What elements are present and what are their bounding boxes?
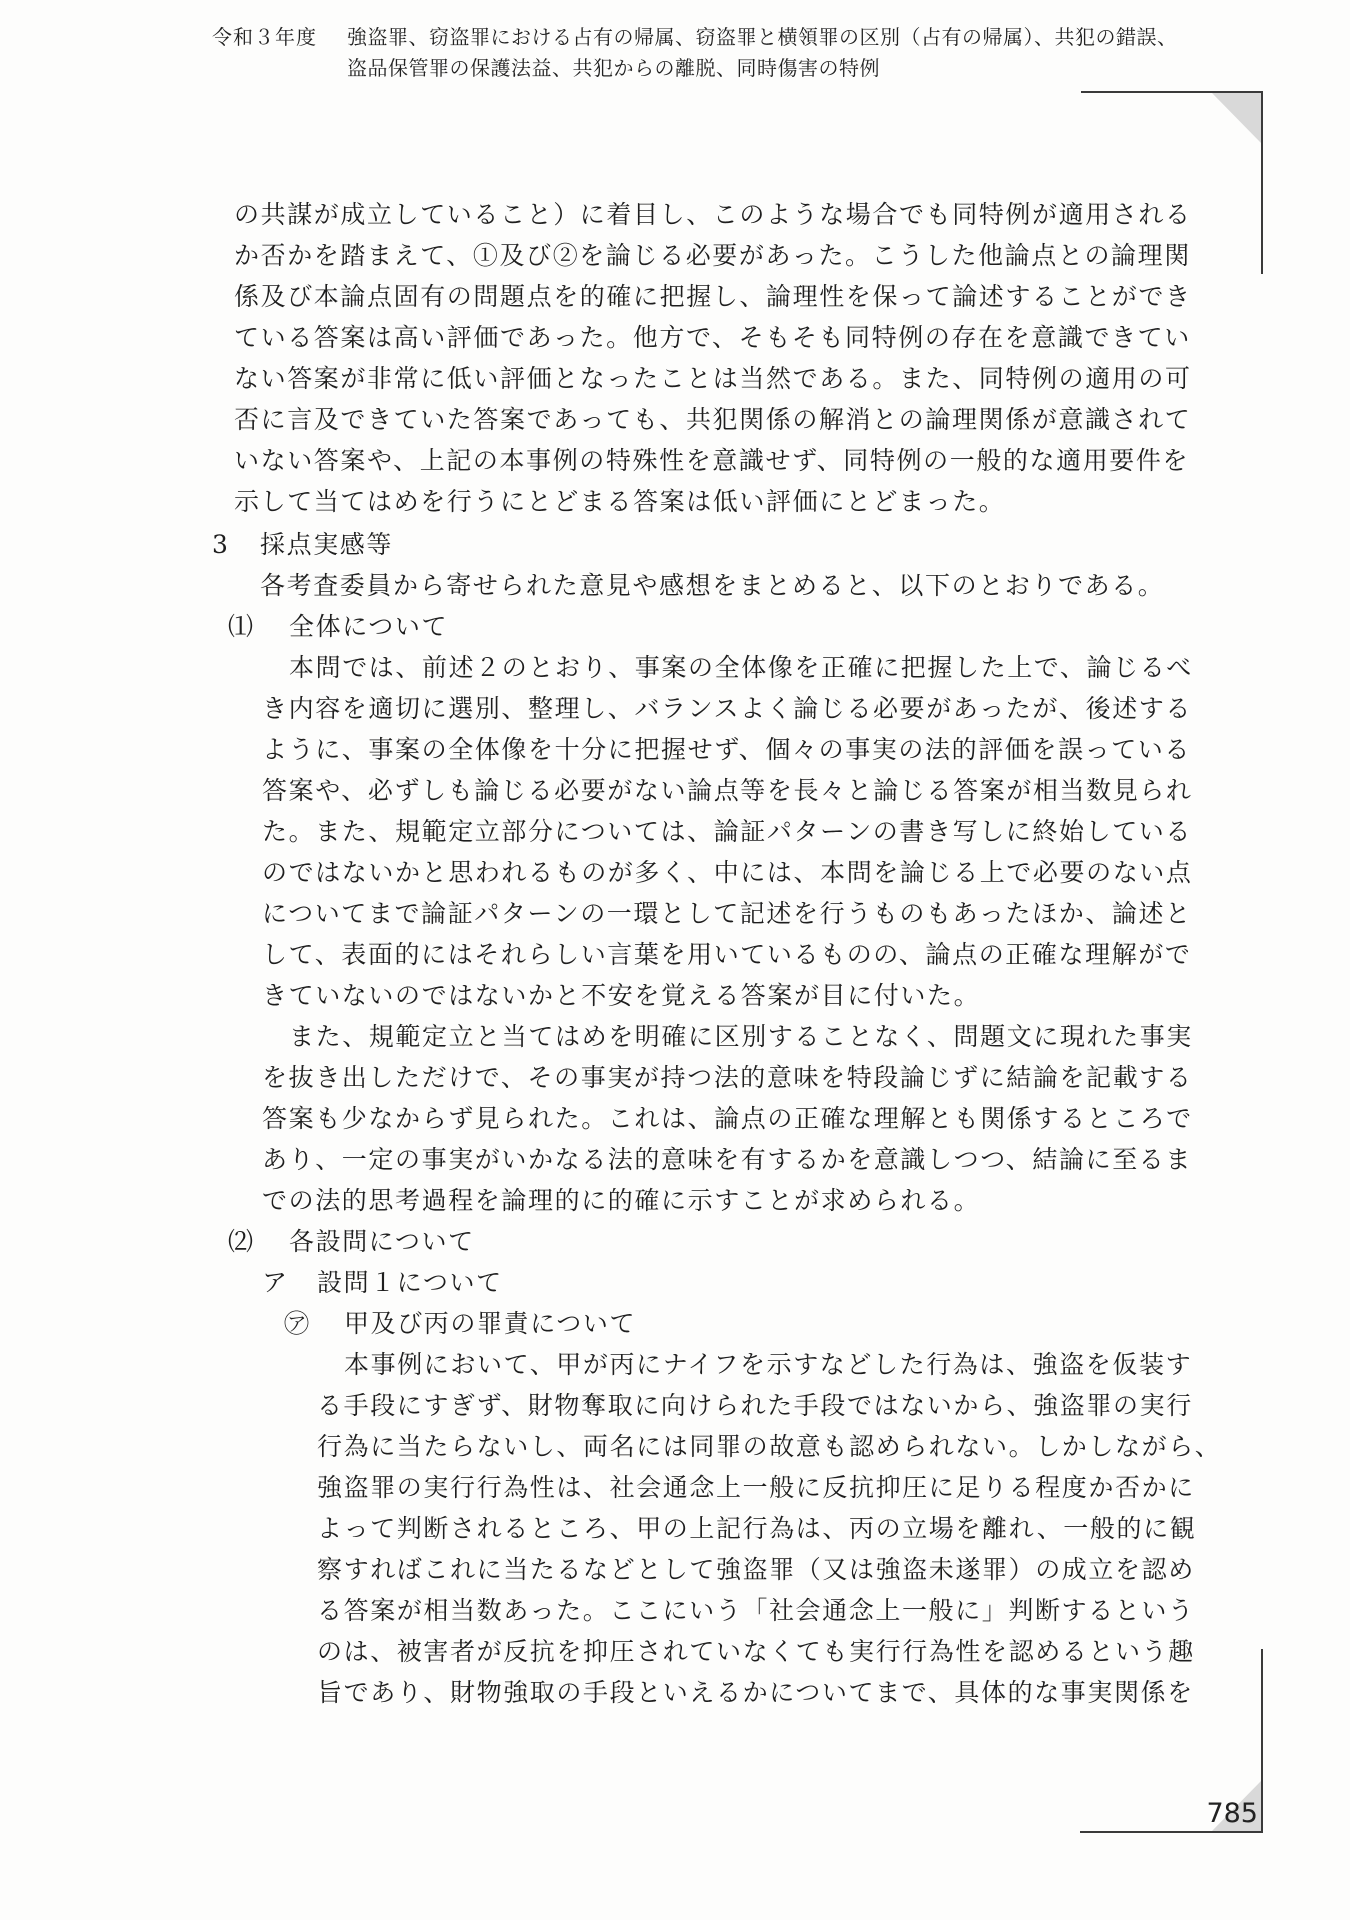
text-line: また、規範定立と当てはめを明確に区別することなく、問題文に現れた事実 xyxy=(289,1016,1193,1057)
text-line: か否かを踏まえて、①及び②を論じる必要があった。こうした他論点との論理関 xyxy=(234,235,1191,276)
item-marker: ア xyxy=(262,1262,287,1303)
text-line: 強盗罪の実行行為性は、社会通念上一般に反抗抑圧に足りる程度か否かに xyxy=(317,1467,1195,1508)
page-number: 785 xyxy=(1206,1798,1258,1829)
text-line: 答案も少なからず見られた。これは、論点の正確な理解とも関係するところで xyxy=(262,1098,1193,1139)
text-line: ように、事案の全体像を十分に把握せず、個々の事実の法的評価を誤っている xyxy=(262,729,1191,770)
text-line: あり、一定の事実がいかなる法的意味を有するかを意識しつつ、結論に至るま xyxy=(262,1139,1192,1180)
text-line: 旨であり、財物強取の手段といえるかについてまで、具体的な事実関係を xyxy=(317,1672,1194,1713)
text-line: 行為に当たらないし、両名には同罪の故意も認められない。しかしながら、 xyxy=(317,1426,1221,1467)
text-line: のは、被害者が反抗を抑圧されていなくても実行行為性を認めるという趣 xyxy=(317,1631,1195,1672)
subsection-number: ⑵ xyxy=(228,1221,253,1262)
text-line: ない答案が非常に低い評価となったことは当然である。また、同特例の適用の可 xyxy=(234,358,1192,399)
text-line: のではないかと思われるものが多く、中には、本問を論じる上で必要のない点 xyxy=(262,852,1193,893)
text-line: きていないのではないかと不安を覚える答案が目に付いた。 xyxy=(262,975,980,1016)
text-line: の共謀が成立していること）に着目し、このような場合でも同特例が適用される xyxy=(234,194,1192,235)
subsection-number: ⑴ xyxy=(228,606,253,647)
text-line: 答案や、必ずしも論じる必要がない論点等を長々と論じる答案が相当数見られ xyxy=(262,770,1193,811)
header-title-line: 盗品保管罪の保護法益、共犯からの離脱、同時傷害の特例 xyxy=(347,53,1307,84)
text-line: での法的思考過程を論理的に的確に示すことが求められる。 xyxy=(262,1180,980,1221)
text-line: る答案が相当数あった。ここにいう「社会通念上一般に」判断するという xyxy=(317,1590,1195,1631)
text-line: る手段にすぎず、財物奪取に向けられた手段ではないから、強盗罪の実行 xyxy=(317,1385,1193,1426)
text-line: ている答案は高い評価であった。他方で、そもそも同特例の存在を意識できてい xyxy=(234,317,1191,358)
corner-mark-top-vertical xyxy=(1261,91,1263,274)
header-year: 令和３年度 xyxy=(212,22,317,53)
header-title-line: 強盗罪、窃盗罪における占有の帰属、窃盗罪と横領罪の区別（占有の帰属）、共犯の錯誤… xyxy=(347,22,1307,53)
section-title: 採点実感等 xyxy=(260,524,393,565)
subitem-title: 甲及び丙の罪責について xyxy=(344,1303,636,1344)
text-line: を抜き出しただけで、その事実が持つ法的意味を特段論じずに結論を記載する xyxy=(262,1057,1193,1098)
text-line: 否に言及できていた答案であっても、共犯関係の解消との論理関係が意識されて xyxy=(234,399,1191,440)
text-line: いない答案や、上記の本事例の特殊性を意識せず、同特例の一般的な適用要件を xyxy=(234,440,1189,481)
text-line: 本問では、前述２のとおり、事案の全体像を正確に把握した上で、論じるべ xyxy=(289,647,1193,688)
subitem-marker: ㋐ xyxy=(284,1303,309,1344)
section-number: 3 xyxy=(212,524,228,565)
text-line: 察すればこれに当たるなどとして強盗罪（又は強盗未遂罪）の成立を認め xyxy=(317,1549,1195,1590)
text-line: よって判断されるところ、甲の上記行為は、丙の立場を離れ、一般的に観 xyxy=(317,1508,1196,1549)
text-line: た。また、規範定立部分については、論証パターンの書き写しに終始している xyxy=(262,811,1192,852)
corner-fold-top-icon xyxy=(1212,93,1261,143)
corner-mark-bottom-vertical xyxy=(1261,1649,1263,1833)
header-title: 強盗罪、窃盗罪における占有の帰属、窃盗罪と横領罪の区別（占有の帰属）、共犯の錯誤… xyxy=(347,22,1307,84)
text-line: についてまで論証パターンの一環として記述を行うものもあったほか、論述と xyxy=(262,893,1192,934)
text-line: 示して当てはめを行うにとどまる答案は低い評価にとどまった。 xyxy=(234,481,1005,522)
item-title: 設問１について xyxy=(317,1262,503,1303)
subsection-title: 全体について xyxy=(289,606,448,647)
text-line: き内容を適切に選別、整理し、バランスよく論じる必要があったが、後述する xyxy=(262,688,1192,729)
corner-mark-bottom-line xyxy=(1080,1831,1263,1833)
text-line: 本事例において、甲が丙にナイフを示すなどした行為は、強盗を仮装す xyxy=(344,1344,1192,1385)
text-line: 係及び本論点固有の問題点を的確に把握し、論理性を保って論述することができ xyxy=(234,276,1192,317)
subsection-title: 各設問について xyxy=(289,1221,475,1262)
text-line: して、表面的にはそれらしい言葉を用いているものの、論点の正確な理解がで xyxy=(262,934,1192,975)
section-intro: 各考査委員から寄せられた意見や感想をまとめると、以下のとおりである。 xyxy=(260,565,1164,606)
